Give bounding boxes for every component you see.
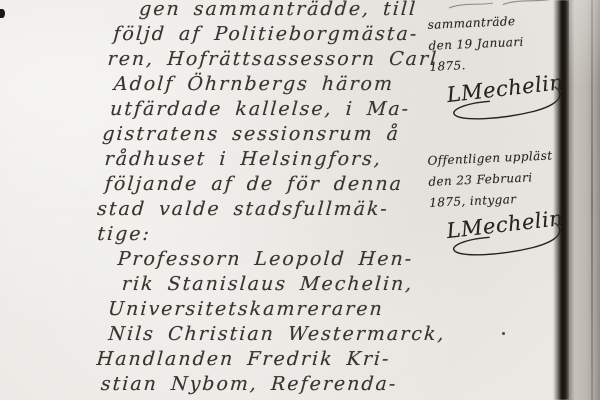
manuscript-line: rådhuset i Helsingfors, (100, 147, 447, 172)
manuscript-page-scan: gen sammanträdde, till följd af Politieb… (0, 0, 600, 400)
manuscript-line: Universitetskamreraren (89, 297, 436, 322)
manuscript-line: ren, Hofrättsassessorn Carl (107, 47, 454, 72)
manuscript-line: utfärdade kallelse, i Ma- (103, 97, 450, 122)
ink-speck (0, 9, 5, 18)
manuscript-line: stad valde stadsfullmäk- (96, 197, 443, 222)
adjacent-page-edge (569, 0, 600, 400)
manuscript-line: Adolf Öhrnbergs härom (105, 72, 452, 97)
main-text-block: gen sammanträdde, till följd af Politieb… (84, 0, 457, 397)
signature-text: LMechelin (445, 206, 564, 243)
signature-mechelin: LMechelin (445, 206, 564, 243)
manuscript-line: Handlanden Fredrik Kri- (86, 347, 433, 372)
manuscript-line: tige: (95, 222, 442, 247)
manuscript-line: följd af Politieborgmästa- (108, 22, 455, 47)
manuscript-line: rik Stanislaus Mechelin, (91, 272, 438, 297)
ink-dot (502, 332, 505, 335)
manuscript-line: Nils Christian Westermarck, (88, 322, 435, 347)
manuscript-line: gistratens sessionsrum å (101, 122, 448, 147)
margin-note-attestation: Offentligen uppläst den 23 Februari 1875… (427, 145, 561, 242)
signature-mechelin: LMechelin (446, 70, 565, 107)
page-edge-line (591, 0, 593, 400)
cropped-text-strokes (445, 0, 555, 10)
margin-note-session-date: sammanträde den 19 Januari 1875. LMechel… (427, 1, 561, 106)
manuscript-line: följande af de för denna (98, 172, 445, 197)
manuscript-line: Professorn Leopold Hen- (93, 247, 440, 272)
manuscript-line: gen sammanträdde, till (110, 0, 457, 22)
signature-text: LMechelin (446, 70, 565, 107)
manuscript-line: stian Nybom, Referenda- (84, 372, 431, 397)
